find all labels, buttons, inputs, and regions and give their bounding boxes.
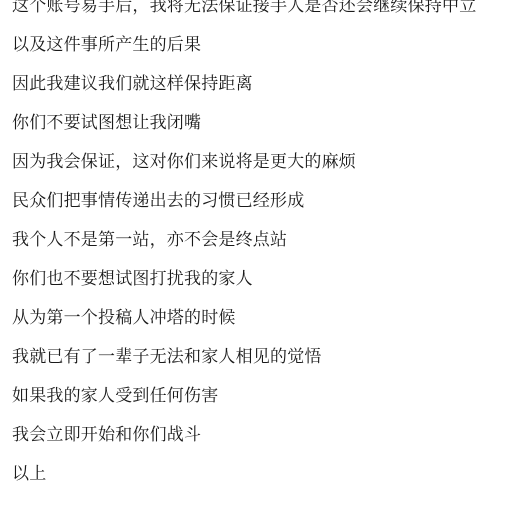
text-line: 我会立即开始和你们战斗 (12, 416, 517, 455)
text-line: 你们不要试图想让我闭嘴 (12, 104, 517, 143)
text-line: 因此我建议我们就这样保持距离 (12, 65, 517, 104)
document-body: 这个账号易手后，我将无法保证接手人是否还会继续保持中立 以及这件事所产生的后果 … (12, 0, 517, 494)
text-line-clipped: 这个账号易手后，我将无法保证接手人是否还会继续保持中立 (12, 0, 517, 26)
text-line: 以及这件事所产生的后果 (12, 26, 517, 65)
text-line: 我个人不是第一站，亦不会是终点站 (12, 221, 517, 260)
text-line: 民众们把事情传递出去的习惯已经形成 (12, 182, 517, 221)
text-line: 我就已有了一辈子无法和家人相见的觉悟 (12, 338, 517, 377)
text-line-closing: 以上 (12, 455, 517, 494)
text-line: 因为我会保证，这对你们来说将是更大的麻烦 (12, 143, 517, 182)
text-line: 你们也不要想试图打扰我的家人 (12, 260, 517, 299)
text-line: 从为第一个投稿人冲塔的时候 (12, 299, 517, 338)
text-line: 如果我的家人受到任何伤害 (12, 377, 517, 416)
